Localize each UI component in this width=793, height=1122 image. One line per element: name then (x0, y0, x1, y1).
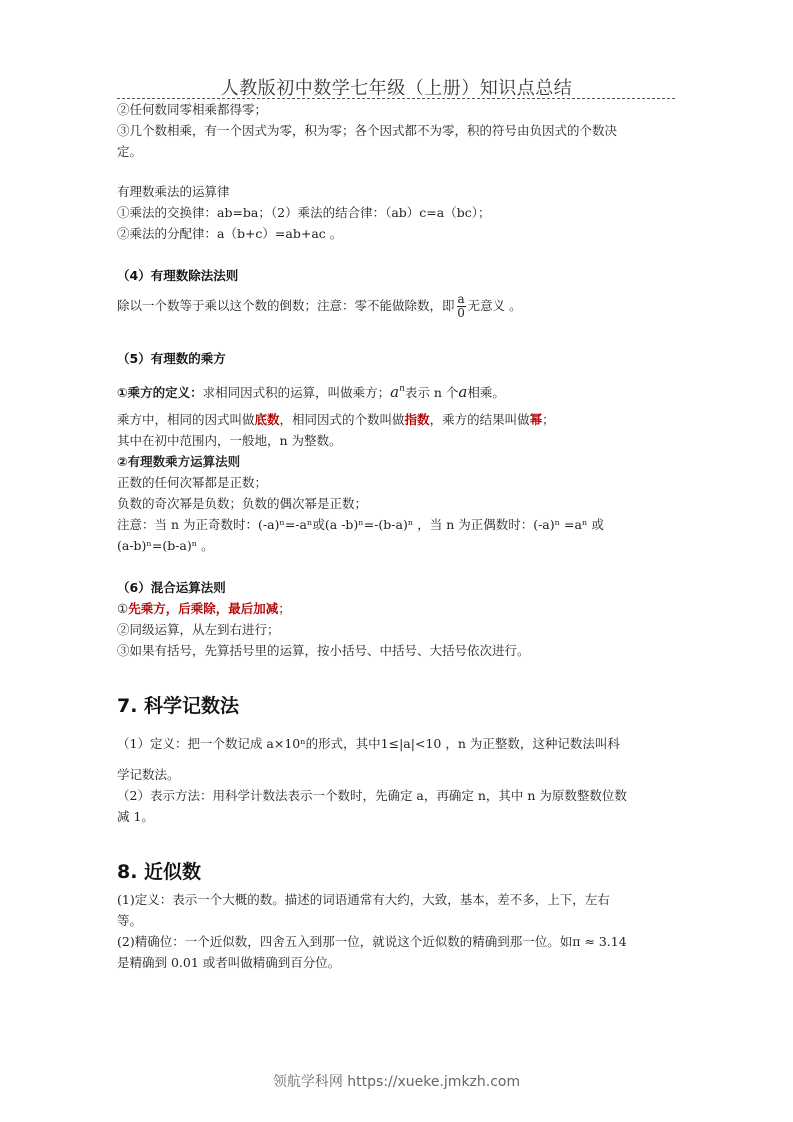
term-base: 底数 (255, 412, 280, 427)
text-line: 学记数法。 (117, 766, 675, 784)
division-text-after: 无意义 。 (468, 298, 522, 313)
text-line: ②乘法的分配律：a（b+c）=ab+ac 。 (117, 225, 675, 243)
subsection-heading: （5）有理数的乘方 (117, 350, 675, 368)
text-line: 负数的奇次幂是负数；负数的偶次幂是正数； (117, 495, 675, 513)
text-line: (2)精确位：一个近似数，四舍五入到那一位，就说这个近似数的精确到那一位。如π … (117, 933, 675, 951)
text-line: （2）表示方法：用科学计数法表示一个数时，先确定 a，再确定 n，其中 n 为原… (117, 787, 675, 805)
text-line: ①乘法的交换律：ab=ba；（2）乘法的结合律：（ab）c=a（bc）； (117, 204, 675, 222)
section-heading: 8. 近似数 (117, 857, 201, 884)
text-line: (a-b)ⁿ=(b-a)ⁿ 。 (117, 537, 675, 555)
footer-watermark: 领航学科网 https://xueke.jmkzh.com (0, 1071, 793, 1091)
text-line: 注意：当 n 为正奇数时：(-a)ⁿ=-aⁿ或(a -b)ⁿ=-(b-a)ⁿ ，… (117, 516, 675, 534)
section-heading: 7. 科学记数法 (117, 691, 239, 718)
fraction-a-over-0: a0 (457, 293, 466, 320)
text-line: 除以一个数等于乘以这个数的倒数；注意：零不能做除数，即a0无意义 。 (117, 293, 675, 320)
division-text: 除以一个数等于乘以这个数的倒数；注意：零不能做除数，即 (117, 298, 455, 313)
term-power: 幂 (530, 412, 543, 427)
subsection-title: 有理数乘法的运算律 (117, 183, 675, 201)
term-exponent: 指数 (405, 412, 430, 427)
text-line: 定。 (117, 143, 675, 161)
text-line: ②同级运算，从左到右进行； (117, 621, 675, 639)
text-line: 是精确到 0.01 或者叫做精确到百分位。 (117, 954, 675, 972)
header-divider (117, 98, 675, 99)
subsection-heading: （4）有理数除法法则 (117, 267, 675, 285)
text-line: ③几个数相乘，有一个因式为零，积为零；各个因式都不为零，积的符号由负因式的个数决 (117, 122, 675, 140)
text-line: 等。 (117, 912, 675, 930)
order-of-operations: ①先乘方，后乘除，最后加减； (117, 600, 675, 618)
subsection-subheading: ②有理数乘方运算法则 (117, 453, 675, 471)
text-line: （1）定义：把一个数记成 a×10ⁿ的形式，其中1≤|a|<10 ，n 为正整数… (117, 735, 675, 753)
text-line: 正数的任何次幂都是正数； (117, 474, 675, 492)
subsection-heading: （6）混合运算法则 (117, 579, 675, 597)
text-line: (1)定义：表示一个大概的数。描述的词语通常有大约，大致，基本，差不多，上下，左… (117, 891, 675, 909)
text-line: ③如果有括号，先算括号里的运算，按小括号、中括号、大括号依次进行。 (117, 642, 675, 660)
power-terms: 乘方中，相同的因式叫做底数，相同因式的个数叫做指数，乘方的结果叫做幂； (117, 411, 675, 429)
document-title: 人教版初中数学七年级（上册）知识点总结 (0, 74, 793, 100)
text-line: 减 1。 (117, 808, 675, 826)
text-line: ②任何数同零相乘都得零； (117, 101, 675, 119)
power-definition: ①乘方的定义：求相同因式积的运算，叫做乘方；an表示 n 个a相乘。 (117, 380, 675, 402)
text-line: 其中在初中范围内，一般地，n 为整数。 (117, 432, 675, 450)
